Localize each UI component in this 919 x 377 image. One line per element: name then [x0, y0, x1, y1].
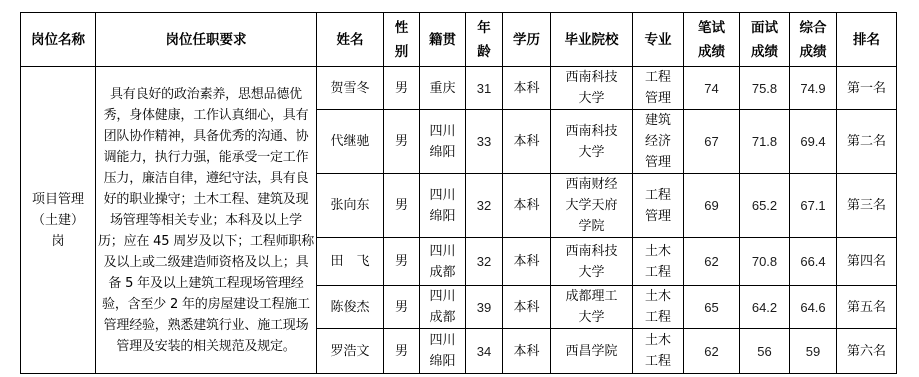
- candidate-name: 张向东: [317, 174, 384, 238]
- school: 西南科技大学: [551, 110, 633, 174]
- header-label: 专业: [635, 28, 681, 52]
- school: 西昌学院: [551, 329, 633, 374]
- written-score: 65: [684, 286, 740, 329]
- school-line: 大学: [553, 142, 630, 163]
- candidate-name: 代继驰: [317, 110, 384, 174]
- major-line: 工程: [635, 185, 681, 206]
- school-line: 西南科技: [553, 241, 630, 262]
- rank: 第一名: [837, 67, 897, 110]
- total-score: 64.6: [790, 286, 837, 329]
- header-label: 年: [468, 16, 500, 40]
- header-label: 岗位名称: [23, 28, 93, 52]
- major: 土木工程: [633, 329, 684, 374]
- age: 33: [466, 110, 503, 174]
- major: 土木工程: [633, 238, 684, 286]
- column-header-origin: 籍贯: [420, 13, 466, 67]
- major-line: 经济: [635, 131, 681, 152]
- column-header-school: 毕业院校: [551, 13, 633, 67]
- school-line: 西南财经: [553, 174, 630, 195]
- header-label: 别: [386, 40, 417, 64]
- gender: 男: [384, 174, 420, 238]
- origin-line: 四川: [422, 330, 463, 351]
- header-label: 龄: [468, 40, 500, 64]
- origin: 重庆: [420, 67, 466, 110]
- column-header-written-score: 笔试成绩: [684, 13, 740, 67]
- school: 西南科技大学: [551, 67, 633, 110]
- origin-line: 四川: [422, 185, 463, 206]
- gender: 男: [384, 110, 420, 174]
- education: 本科: [503, 174, 551, 238]
- education: 本科: [503, 67, 551, 110]
- header-label: 毕业院校: [553, 28, 630, 52]
- rank: 第三名: [837, 174, 897, 238]
- major: 建筑经济管理: [633, 110, 684, 174]
- major: 工程管理: [633, 174, 684, 238]
- origin: 四川成都: [420, 286, 466, 329]
- school-line: 大学: [553, 88, 630, 109]
- major: 土木工程: [633, 286, 684, 329]
- school-line: 大学: [553, 262, 630, 283]
- total-score: 67.1: [790, 174, 837, 238]
- rank: 第六名: [837, 329, 897, 374]
- interview-score: 56: [740, 329, 790, 374]
- total-score: 59: [790, 329, 837, 374]
- school-line: 西昌学院: [553, 341, 630, 362]
- age: 34: [466, 329, 503, 374]
- origin-line: 四川: [422, 286, 463, 307]
- column-header-position-name: 岗位名称: [21, 13, 96, 67]
- column-header-major: 专业: [633, 13, 684, 67]
- age: 32: [466, 238, 503, 286]
- school-line: 学院: [553, 216, 630, 237]
- candidate-name: 贺雪冬: [317, 67, 384, 110]
- interview-score: 65.2: [740, 174, 790, 238]
- origin-line: 重庆: [422, 78, 463, 99]
- origin-line: 四川: [422, 121, 463, 142]
- header-label: 笔试: [686, 16, 737, 40]
- major-line: 工程: [635, 262, 681, 283]
- origin-line: 四川: [422, 241, 463, 262]
- age: 39: [466, 286, 503, 329]
- origin: 四川绵阳: [420, 329, 466, 374]
- education: 本科: [503, 238, 551, 286]
- rank: 第二名: [837, 110, 897, 174]
- education: 本科: [503, 329, 551, 374]
- gender: 男: [384, 67, 420, 110]
- requirements-cell: 具有良好的政治素养，思想品德优秀，身体健康，工作认真细心，具有团队协作精神，具备…: [96, 67, 317, 374]
- gender: 男: [384, 286, 420, 329]
- origin-line: 成都: [422, 307, 463, 328]
- header-label: 学历: [505, 28, 548, 52]
- school: 成都理工大学: [551, 286, 633, 329]
- school-line: 西南科技: [553, 67, 630, 88]
- major-line: 工程: [635, 67, 681, 88]
- column-header-interview-score: 面试成绩: [740, 13, 790, 67]
- school-line: 成都理工: [553, 286, 630, 307]
- column-header-age: 年龄: [466, 13, 503, 67]
- header-label: 姓名: [319, 28, 381, 52]
- header-label: 成绩: [792, 40, 834, 64]
- age: 32: [466, 174, 503, 238]
- written-score: 74: [684, 67, 740, 110]
- header-label: 成绩: [742, 40, 787, 64]
- header-label: 面试: [742, 16, 787, 40]
- school: 西南科技大学: [551, 238, 633, 286]
- origin: 四川绵阳: [420, 174, 466, 238]
- written-score: 62: [684, 238, 740, 286]
- total-score: 66.4: [790, 238, 837, 286]
- written-score: 62: [684, 329, 740, 374]
- candidate-name: 罗浩文: [317, 329, 384, 374]
- interview-score: 64.2: [740, 286, 790, 329]
- major-line: 管理: [635, 152, 681, 173]
- interview-score: 70.8: [740, 238, 790, 286]
- origin: 四川绵阳: [420, 110, 466, 174]
- major-line: 建筑: [635, 110, 681, 131]
- major-line: 管理: [635, 88, 681, 109]
- major-line: 土木: [635, 330, 681, 351]
- origin-line: 绵阳: [422, 142, 463, 163]
- column-header-rank: 排名: [837, 13, 897, 67]
- column-header-requirements: 岗位任职要求: [96, 13, 317, 67]
- written-score: 69: [684, 174, 740, 238]
- rank: 第五名: [837, 286, 897, 329]
- rank: 第四名: [837, 238, 897, 286]
- origin-line: 成都: [422, 262, 463, 283]
- position-name-cell-line: （土建）: [23, 210, 93, 231]
- major-line: 工程: [635, 307, 681, 328]
- header-label: 岗位任职要求: [98, 28, 314, 52]
- position-name-cell: 项目管理（土建）岗: [21, 67, 96, 374]
- position-name-cell-line: 岗: [23, 231, 93, 252]
- interview-score: 75.8: [740, 67, 790, 110]
- header-row: 岗位名称岗位任职要求姓名性别籍贯年龄学历毕业院校专业笔试成绩面试成绩综合成绩排名: [21, 13, 897, 67]
- candidate-name: 田 飞: [317, 238, 384, 286]
- results-table: 岗位名称岗位任职要求姓名性别籍贯年龄学历毕业院校专业笔试成绩面试成绩综合成绩排名…: [20, 12, 897, 374]
- header-label: 性: [386, 16, 417, 40]
- header-label: 排名: [839, 28, 894, 52]
- education: 本科: [503, 286, 551, 329]
- column-header-name: 姓名: [317, 13, 384, 67]
- school: 西南财经大学天府学院: [551, 174, 633, 238]
- interview-score: 71.8: [740, 110, 790, 174]
- education: 本科: [503, 110, 551, 174]
- candidate-name: 陈俊杰: [317, 286, 384, 329]
- major-line: 工程: [635, 351, 681, 372]
- major-line: 土木: [635, 286, 681, 307]
- school-line: 大学天府: [553, 195, 630, 216]
- table-row: 项目管理（土建）岗具有良好的政治素养，思想品德优秀，身体健康，工作认真细心，具有…: [21, 67, 897, 110]
- header-label: 成绩: [686, 40, 737, 64]
- gender: 男: [384, 238, 420, 286]
- origin-line: 绵阳: [422, 206, 463, 227]
- major-line: 土木: [635, 241, 681, 262]
- column-header-education: 学历: [503, 13, 551, 67]
- header-label: 综合: [792, 16, 834, 40]
- position-name-cell-line: 项目管理: [23, 189, 93, 210]
- header-label: 籍贯: [422, 28, 463, 52]
- origin-line: 绵阳: [422, 351, 463, 372]
- major: 工程管理: [633, 67, 684, 110]
- school-line: 大学: [553, 307, 630, 328]
- total-score: 74.9: [790, 67, 837, 110]
- gender: 男: [384, 329, 420, 374]
- column-header-total-score: 综合成绩: [790, 13, 837, 67]
- age: 31: [466, 67, 503, 110]
- major-line: 管理: [635, 206, 681, 227]
- school-line: 西南科技: [553, 121, 630, 142]
- column-header-gender: 性别: [384, 13, 420, 67]
- written-score: 67: [684, 110, 740, 174]
- origin: 四川成都: [420, 238, 466, 286]
- total-score: 69.4: [790, 110, 837, 174]
